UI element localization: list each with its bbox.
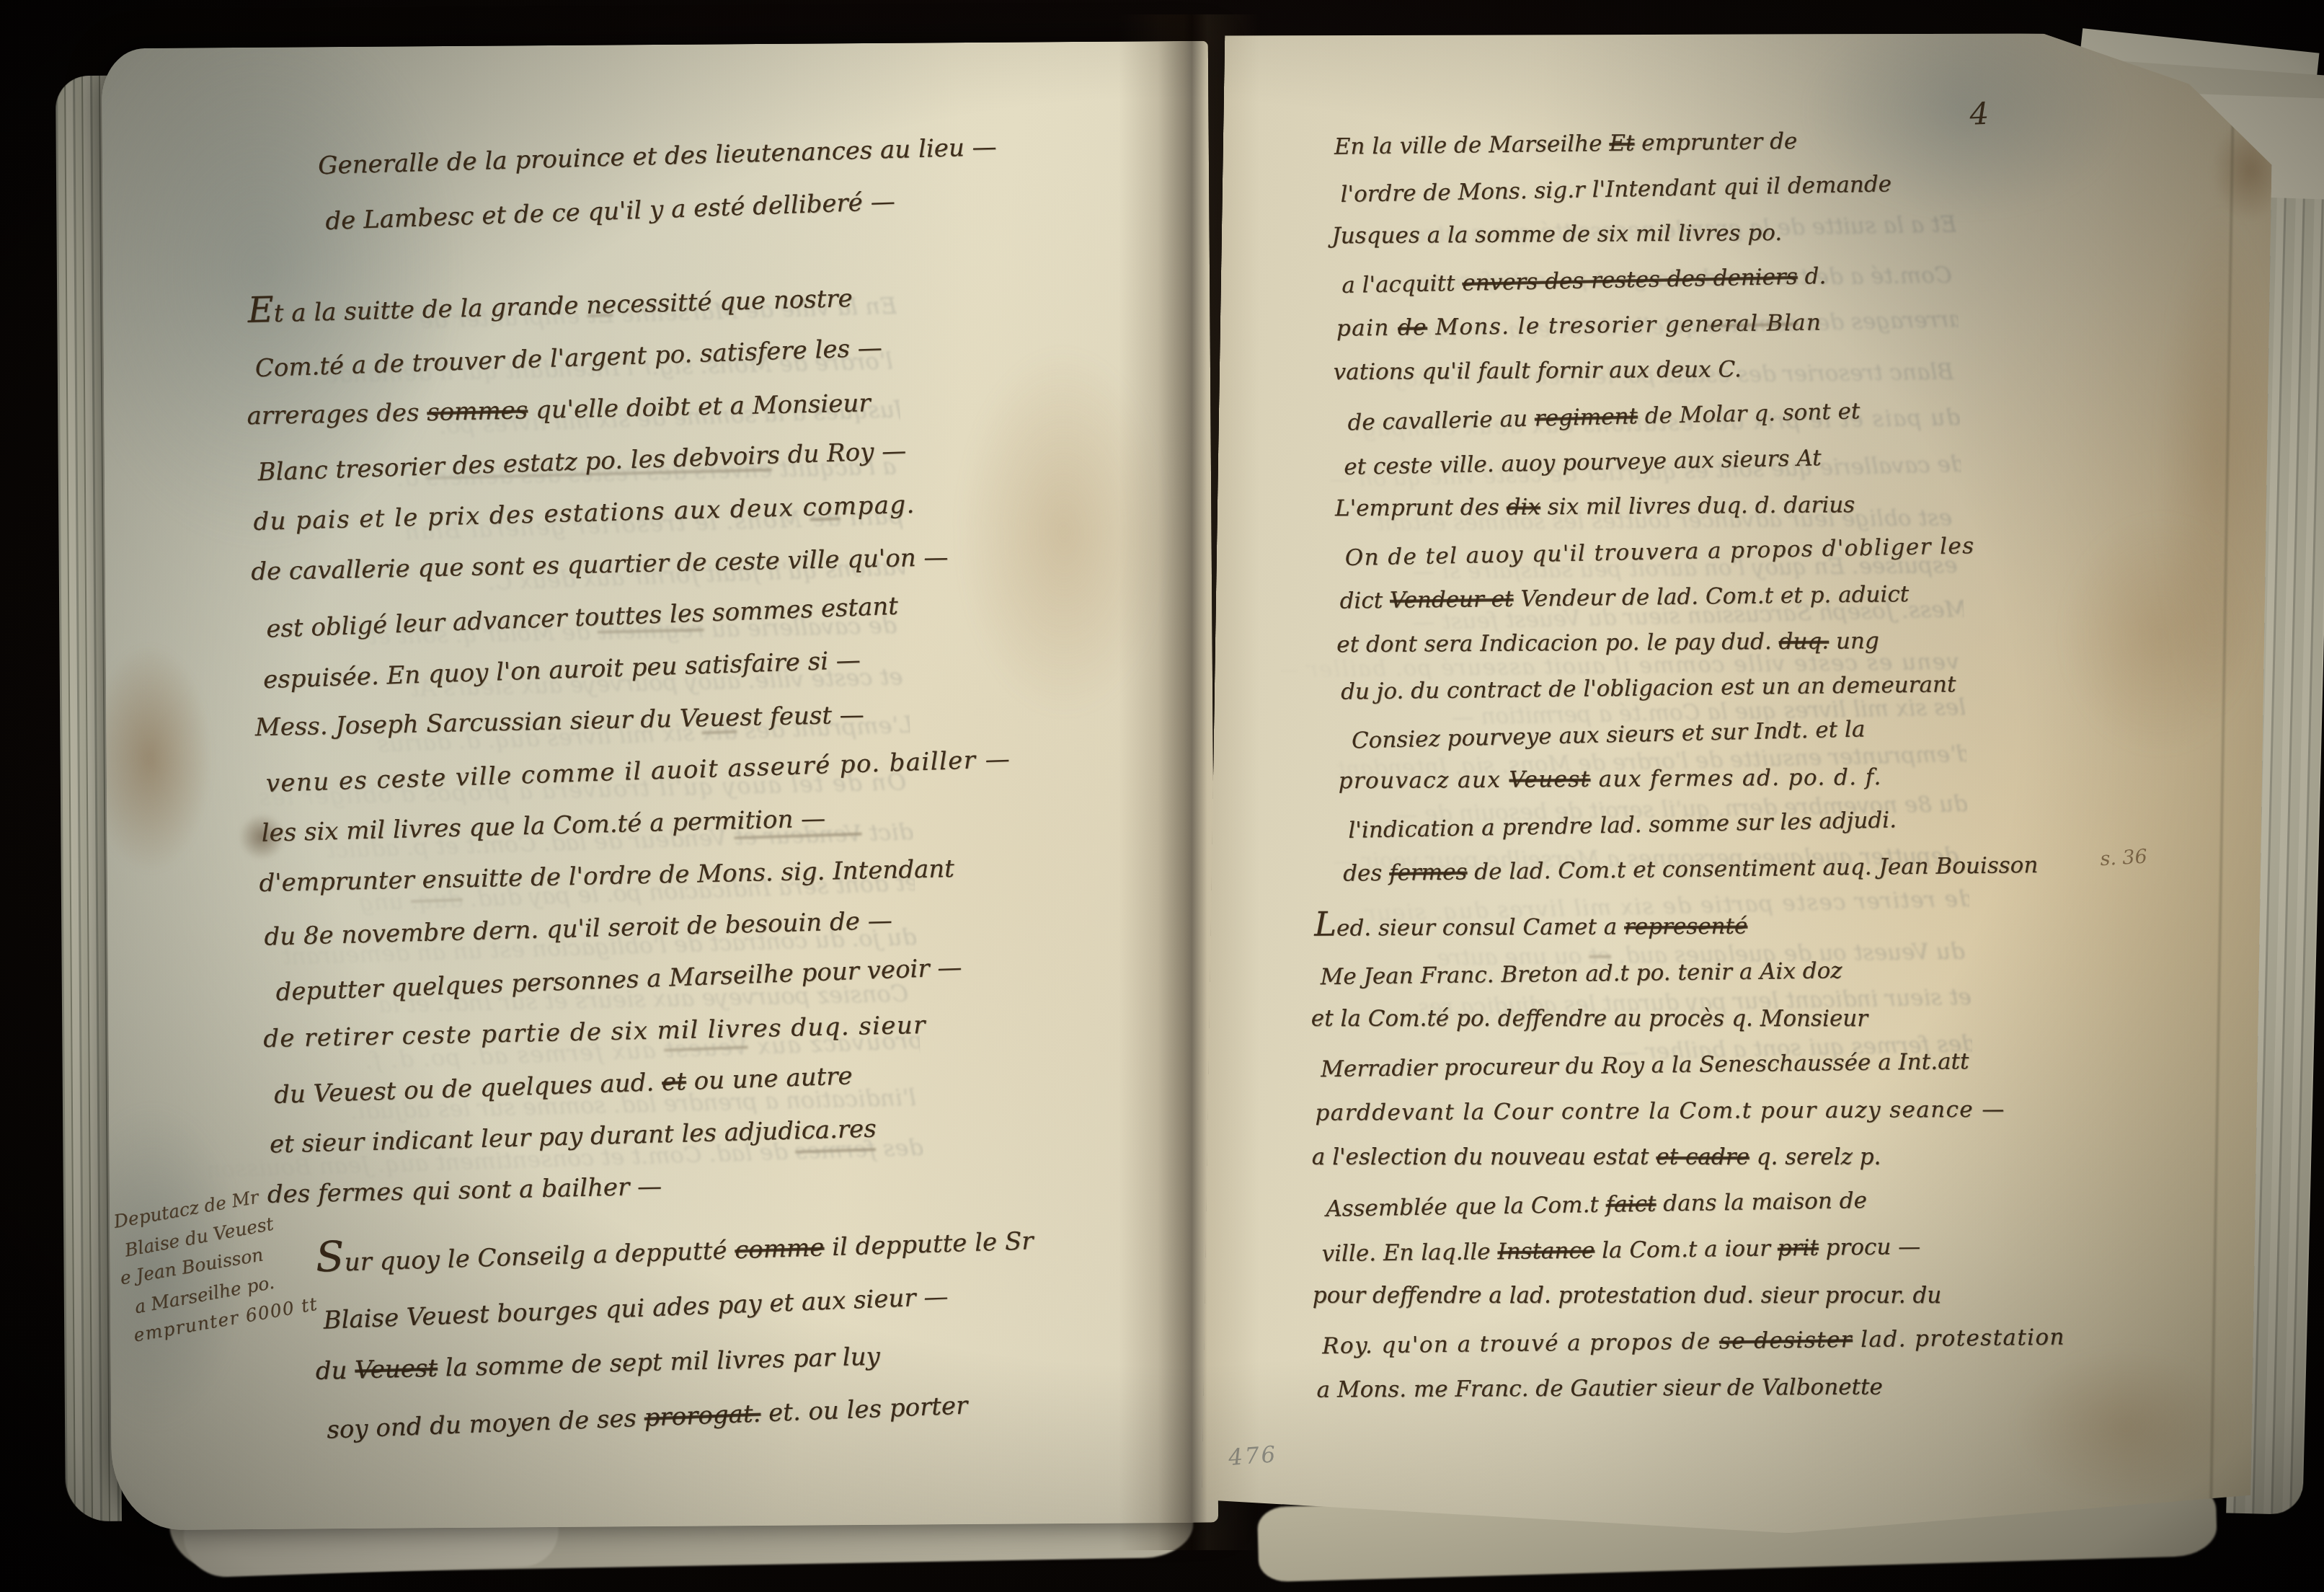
right-page-paragraph-2: Led. sieur consul Camet a representéMe J… [1314,897,2059,1412]
manuscript-line: Merradier procureur du Roy a la Senescha… [1321,1038,2064,1093]
left-page-paragraph-1: Generalle de la prouince et des lieutena… [317,120,998,246]
manuscript-line: a l'eslection du nouveau estat et cadre … [1312,1134,2055,1180]
manuscript-line: et dont sera Indicacion po. le pay dud. … [1336,617,2032,668]
pencil-foliation-number: 476 [1228,1441,1279,1471]
right-page: Et a la suitte de la grande necessitté q… [1202,21,2274,1541]
tan-stain [2057,510,2263,758]
edge-browning [2151,201,2274,722]
manuscript-line: Me Jean Franc. Breton ad.t po. tenir a A… [1320,945,2063,1001]
left-page-paragraph-2: Et a la suitte de la grande necessitté q… [247,265,1016,1223]
manuscript-line: a Mons. me Franc. de Gautier sieur de Va… [1316,1363,2059,1412]
brown-stain [102,639,216,877]
right-page-paragraph-1: En la ville de Marseilhe Et emprunter de… [1334,116,2038,897]
manuscript-line: pain de Mons. le tresorier general Blan [1336,298,2032,352]
manuscript-line: Led. sieur consul Camet a representé [1314,897,2057,951]
manuscript-line: ville. En laq.lle Instance la Com.t a io… [1321,1222,2064,1278]
left-page: En la ville de Marseilhe Et emprunter de… [102,41,1218,1531]
page-crease [2209,37,2236,1540]
manuscript-line: Roy. qu'on a trouvé a propos de se desis… [1322,1314,2065,1370]
manuscript-line: parddevant la Cour contre la Com.t pour … [1315,1086,2058,1136]
manuscript-line: et la Com.té po. deffendre au procès q. … [1311,996,2054,1042]
manuscript-line: pour deffendre a lad. protestation dud. … [1313,1273,2056,1319]
manuscript-line: dict Vendeur et Vendeur de lad. Com.t et… [1339,570,2035,624]
manuscript-line: des fermes de lad. Com.t et consentiment… [1343,843,2039,897]
right-margin-annotation: s. 36 [2100,846,2148,870]
manuscript-photograph: En la ville de Marseilhe Et emprunter de… [0,0,2324,1592]
